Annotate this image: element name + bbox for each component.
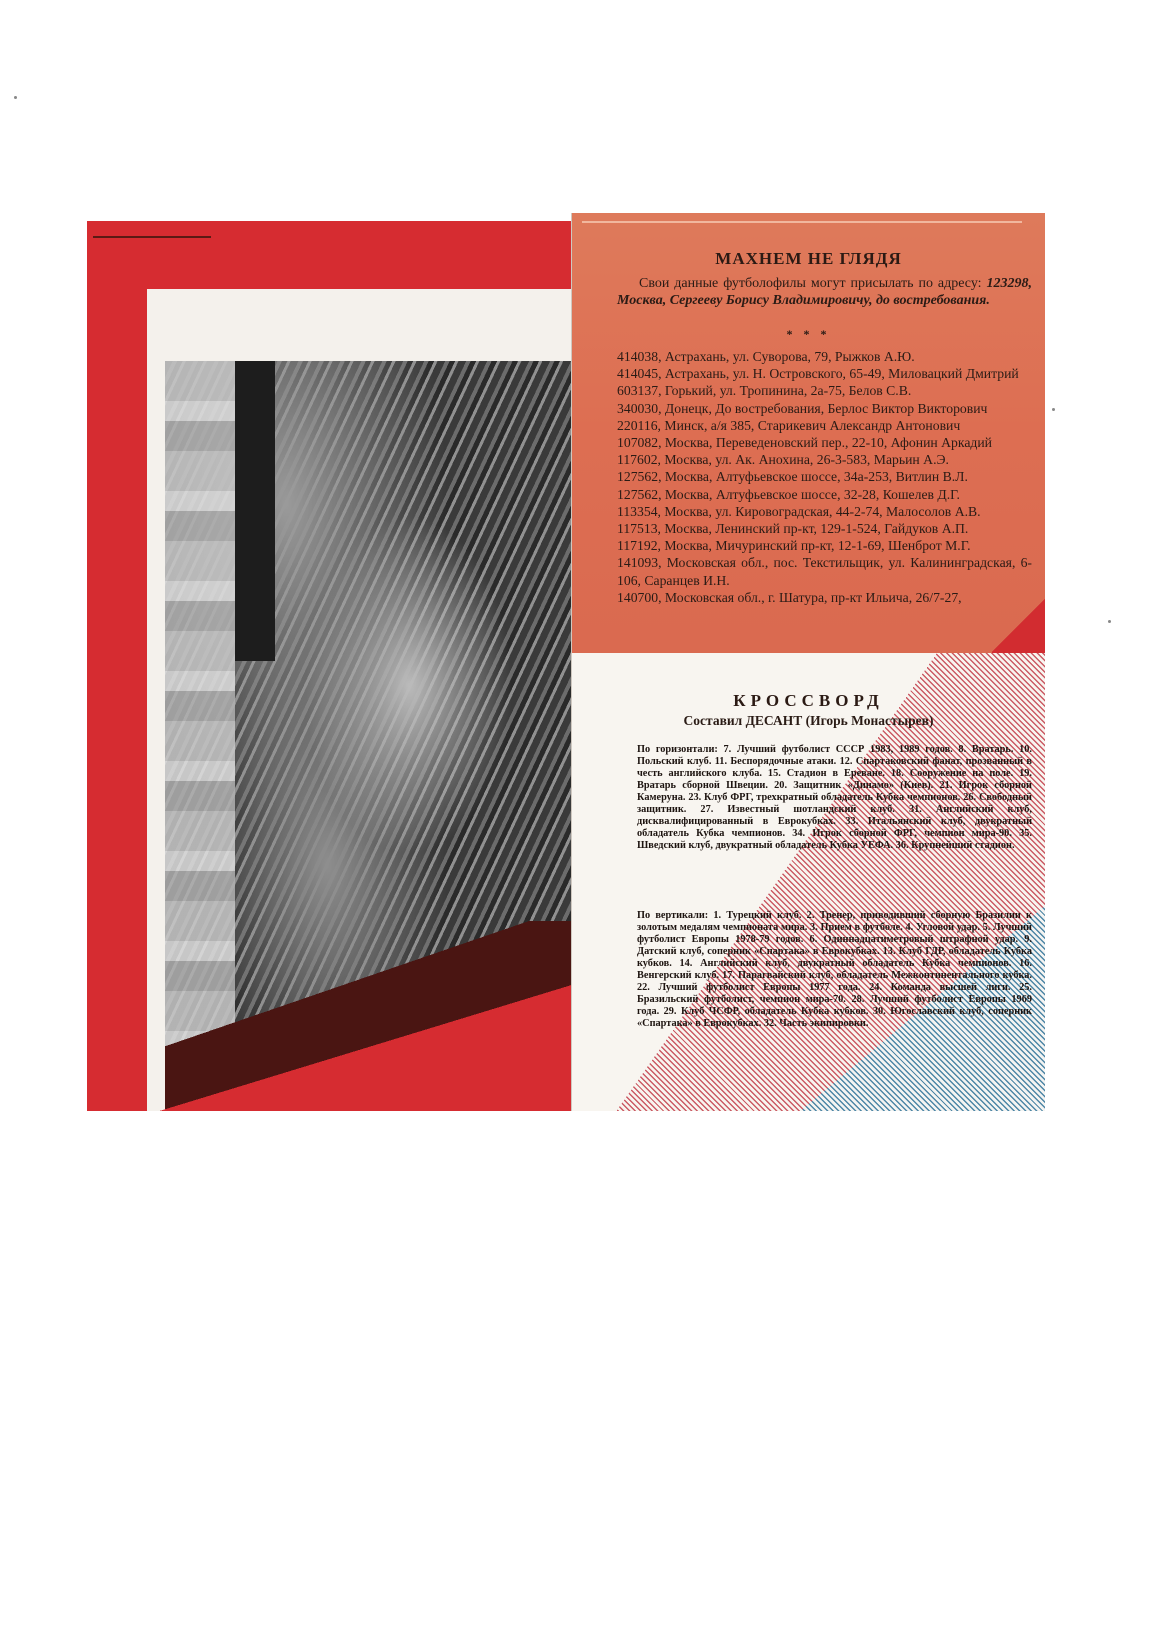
list-item: 117513, Москва, Ленинский пр-кт, 129-1-5… bbox=[617, 520, 1032, 537]
scan-speck bbox=[14, 96, 17, 99]
red-diagonal-overlay bbox=[147, 961, 571, 1111]
red-corner-triangle bbox=[992, 598, 1045, 653]
scan-speck bbox=[1052, 408, 1055, 411]
list-item: 414045, Астрахань, ул. Н. Островского, 6… bbox=[617, 365, 1032, 382]
separator-stars: * * * bbox=[572, 327, 1045, 342]
list-item: 113354, Москва, ул. Кировоградская, 44-2… bbox=[617, 503, 1032, 520]
panel-edge-highlight bbox=[582, 221, 1022, 223]
list-item: 414038, Астрахань, ул. Суворова, 79, Рыж… bbox=[617, 348, 1032, 365]
list-item: 117192, Москва, Мичуринский пр-кт, 12-1-… bbox=[617, 537, 1032, 554]
list-item: 220116, Минск, а/я 385, Старикевич Алекс… bbox=[617, 417, 1032, 434]
clues-vertical: По вертикали: 1. Турецкий клуб. 2. Трене… bbox=[617, 910, 1032, 1030]
decorative-rule bbox=[93, 236, 211, 238]
clues-vertical-text: По вертикали: 1. Турецкий клуб. 2. Трене… bbox=[617, 910, 1032, 1030]
address-list: 414038, Астрахань, ул. Суворова, 79, Рыж… bbox=[617, 348, 1032, 606]
section-title-makhnem: МАХНЕМ НЕ ГЛЯДЯ bbox=[572, 249, 1045, 269]
right-page: МАХНЕМ НЕ ГЛЯДЯ Свои данные футболофилы … bbox=[571, 213, 1045, 1111]
scan-speck bbox=[1108, 620, 1111, 623]
list-item: 140700, Московская обл., г. Шатура, пр-к… bbox=[617, 589, 1032, 606]
photo-dark-band bbox=[235, 361, 275, 661]
clues-horizontal-text: По горизонтали: 7. Лучший футболист СССР… bbox=[617, 744, 1032, 852]
left-page-red-frame bbox=[87, 221, 571, 1111]
crossword-title: КРОССВОРД bbox=[572, 691, 1045, 711]
intro-text: Свои данные футболофилы могут присылать … bbox=[617, 276, 982, 291]
intro-paragraph: Свои данные футболофилы могут присылать … bbox=[617, 275, 1032, 309]
list-item: 127562, Москва, Алтуфьевское шоссе, 34а-… bbox=[617, 468, 1032, 485]
list-item: 127562, Москва, Алтуфьевское шоссе, 32-2… bbox=[617, 486, 1032, 503]
clues-horizontal: По горизонтали: 7. Лучший футболист СССР… bbox=[617, 744, 1032, 852]
crossword-author: Составил ДЕСАНТ (Игорь Монастырев) bbox=[572, 713, 1045, 729]
list-item: 141093, Московская обл., пос. Текстильщи… bbox=[617, 554, 1032, 588]
list-item: 117602, Москва, ул. Ак. Анохина, 26-3-58… bbox=[617, 451, 1032, 468]
list-item: 340030, Донецк, До востребования, Берлос… bbox=[617, 400, 1032, 417]
list-item: 107082, Москва, Переведеновский пер., 22… bbox=[617, 434, 1032, 451]
list-item: 603137, Горький, ул. Тропинина, 2а-75, Б… bbox=[617, 382, 1032, 399]
